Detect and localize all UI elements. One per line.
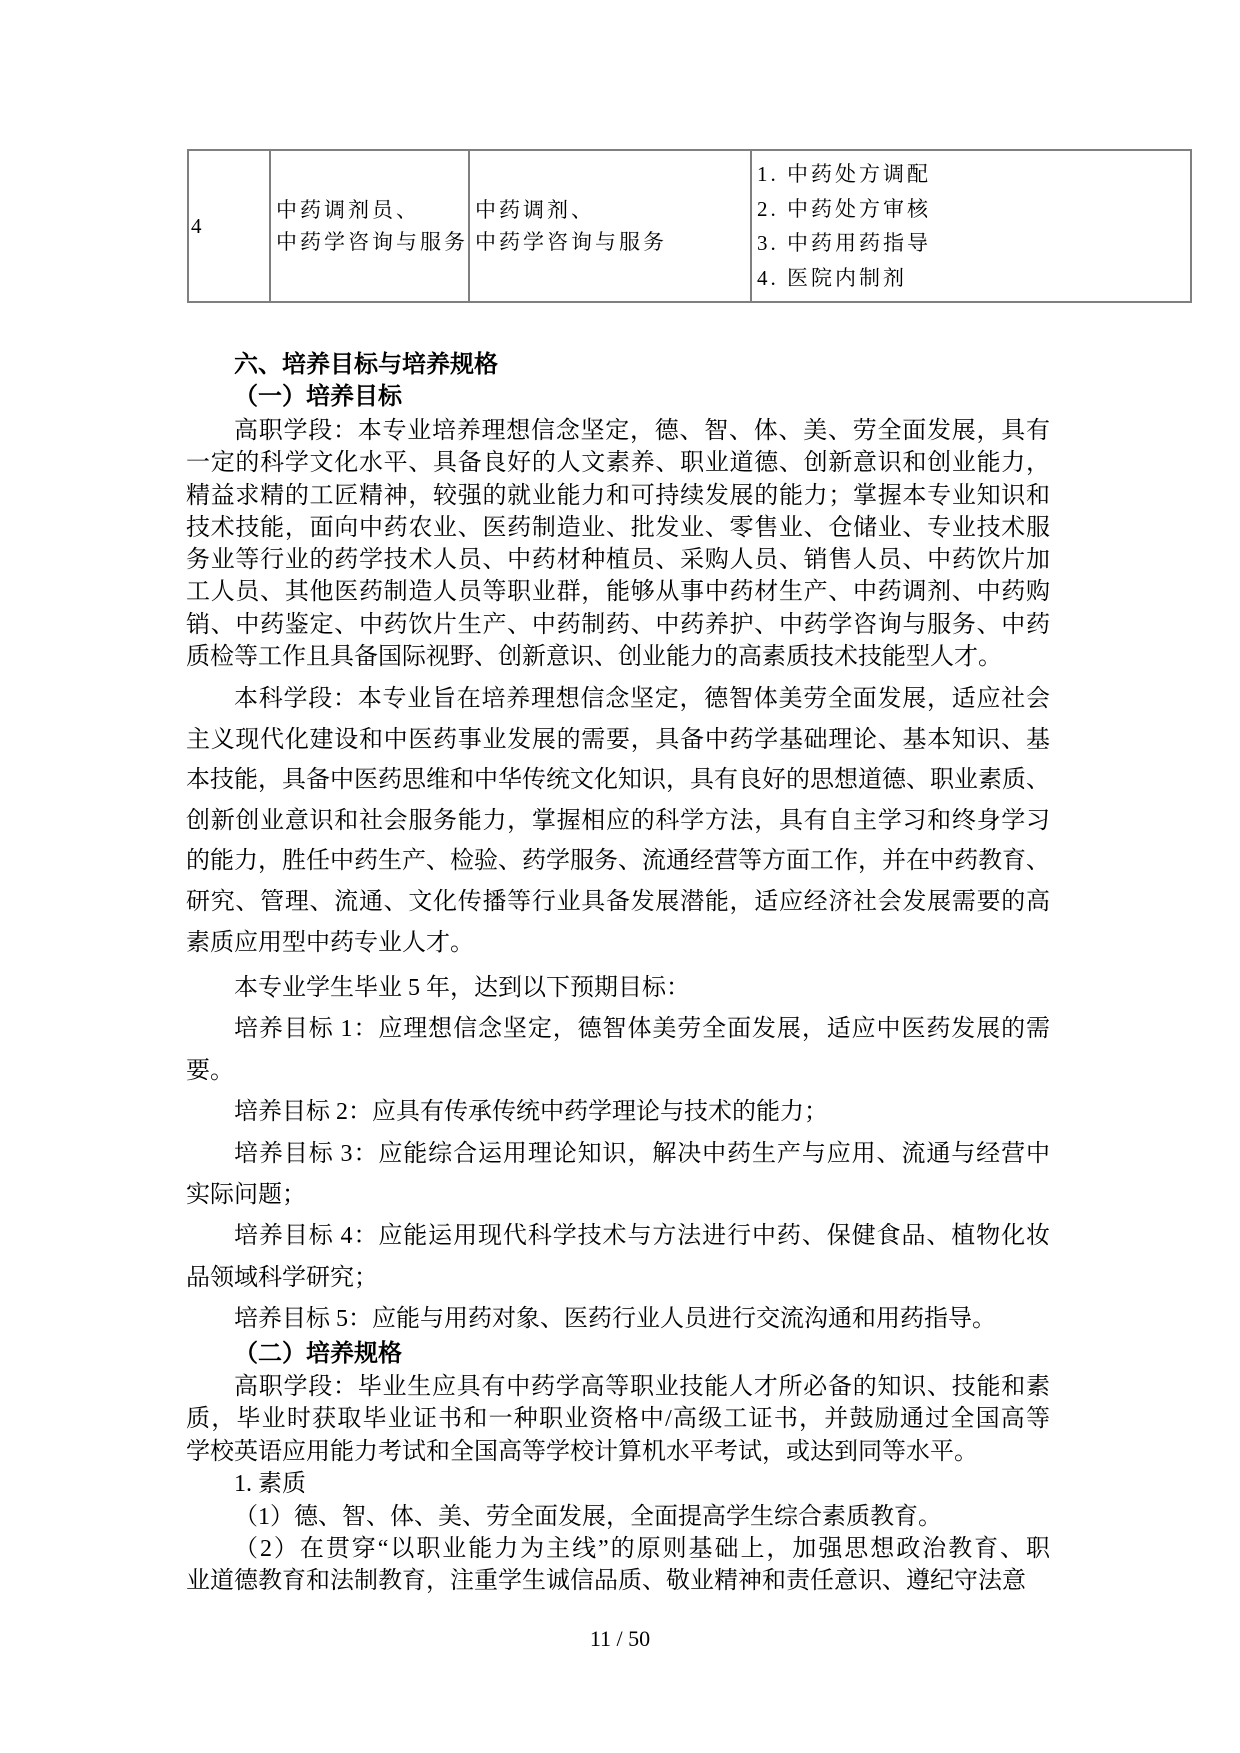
text-line: 培养目标 5：应能与用药对象、医药行业人员进行交流沟通和用药指导。 (186, 1299, 1050, 1340)
page-number: 11 / 50 (0, 1627, 1240, 1651)
text-line: 本技能，具备中医药思维和中华传统文化知识，具有良好的思想道德、职业素质、 (186, 760, 1050, 801)
text-line: 主义现代化建设和中医药事业发展的需要，具备中药学基础理论、基本知识、基 (186, 720, 1050, 761)
text-line: 培养目标 4：应能运用现代科学技术与方法进行中药、保健食品、植物化妆 (186, 1216, 1050, 1257)
spec-item-1: （1）德、智、体、美、劳全面发展，全面提高学生综合素质教育。 (186, 1501, 1050, 1533)
goal-paragraph-2: 培养目标 2：应具有传承传统中药学理论与技术的能力； (186, 1092, 1050, 1133)
text-line: 研究、管理、流通、文化传播等行业具备发展潜能，适应经济社会发展需要的高 (186, 882, 1050, 923)
text-line: 技术技能，面向中药农业、医药制造业、批发业、零售业、仓储业、专业技术服 (186, 512, 1050, 544)
spec-suzhi-title: 1. 素质 (186, 1468, 1050, 1500)
text-line: 培养目标 1：应理想信念坚定，德智体美劳全面发展，适应中医药发展的需 (186, 1009, 1050, 1050)
text-line: 培养目标 2：应具有传承传统中药学理论与技术的能力； (186, 1092, 1050, 1133)
heading-section-six: 六、培养目标与培养规格 (186, 349, 1098, 381)
heading-subsection-one: （一）培养目标 (186, 381, 1098, 413)
spec-block: 高职学段：毕业生应具有中药学高等职业技能人才所必备的知识、技能和素质，毕业时获取… (186, 1371, 1050, 1598)
text-line: 中药学咨询与服务 (475, 226, 750, 258)
text-line: 精益求精的工匠精神，较强的就业能力和可持续发展的能力；掌握本专业知识和 (186, 480, 1050, 512)
goal-paragraph-3: 培养目标 3：应能综合运用理论知识，解决中药生产与应用、流通与经营中实际问题； (186, 1134, 1050, 1217)
text-line: 高职学段：本专业培养理想信念坚定，德、智、体、美、劳全面发展，具有 (186, 415, 1050, 447)
text-line: 一定的科学文化水平、具备良好的人文素养、职业道德、创新意识和创业能力， (186, 447, 1050, 479)
text-line: 品领域科学研究； (186, 1258, 1050, 1299)
goal-paragraph-4: 培养目标 4：应能运用现代科学技术与方法进行中药、保健食品、植物化妆品领域科学研… (186, 1216, 1050, 1299)
text-line: 务业等行业的药学技术人员、中药材种植员、采购人员、销售人员、中药饮片加 (186, 544, 1050, 576)
text-line: 本专业学生毕业 5 年，达到以下预期目标： (186, 968, 1050, 1009)
heading-subsection-two: （二）培养规格 (186, 1338, 1098, 1370)
document-page: 4 中药调剂员、中药学咨询与服务 中药调剂、中药学咨询与服务 1. 中药处方调配… (0, 0, 1240, 1753)
text-line: 要。 (186, 1051, 1050, 1092)
text-line: 业道德教育和法制教育，注重学生诚信品质、敬业精神和责任意识、遵纪守法意 (186, 1565, 1050, 1597)
text-line: 高职学段：毕业生应具有中药学高等职业技能人才所必备的知识、技能和素 (186, 1371, 1050, 1403)
goals-block: 本专业学生毕业 5 年，达到以下预期目标： 培养目标 1：应理想信念坚定，德智体… (186, 968, 1050, 1341)
text-line: 中药学咨询与服务 (276, 226, 468, 258)
table-cell-job-tasks: 1. 中药处方调配2. 中药处方审核3. 中药用药指导4. 医院内制剂 (750, 151, 1190, 301)
text-line: 中药调剂、 (475, 194, 750, 226)
text-line: 4. 医院内制剂 (757, 261, 1190, 296)
table-index-value: 4 (191, 210, 269, 242)
text-line: 3. 中药用药指导 (757, 226, 1190, 261)
spec-gaozhi-paragraph: 高职学段：毕业生应具有中药学高等职业技能人才所必备的知识、技能和素质，毕业时获取… (186, 1371, 1050, 1468)
text-line: 2. 中药处方审核 (757, 192, 1190, 227)
table-cell-job-roles: 中药调剂员、中药学咨询与服务 (269, 151, 468, 301)
goal-paragraph-1: 培养目标 1：应理想信念坚定，德智体美劳全面发展，适应中医药发展的需要。 (186, 1009, 1050, 1092)
text-line: 创新创业意识和社会服务能力，掌握相应的科学方法，具有自主学习和终身学习 (186, 801, 1050, 842)
text-line: 培养目标 3：应能综合运用理论知识，解决中药生产与应用、流通与经营中 (186, 1134, 1050, 1175)
text-line: 实际问题； (186, 1175, 1050, 1216)
goal-paragraph-5: 培养目标 5：应能与用药对象、医药行业人员进行交流沟通和用药指导。 (186, 1299, 1050, 1340)
text-line: 1. 中药处方调配 (757, 157, 1190, 192)
table-cell-job-positions: 中药调剂、中药学咨询与服务 (468, 151, 750, 301)
text-line: 中药调剂员、 (276, 194, 468, 226)
text-line: （1）德、智、体、美、劳全面发展，全面提高学生综合素质教育。 (186, 1501, 1050, 1533)
text-line: 本科学段：本专业旨在培养理想信念坚定，德智体美劳全面发展，适应社会 (186, 679, 1050, 720)
spec-item-2: （2）在贯穿“以职业能力为主线”的原则基础上，加强思想政治教育、职业道德教育和法… (186, 1533, 1050, 1598)
text-line: 1. 素质 (186, 1468, 1050, 1500)
text-line: 质检等工作且具备国际视野、创新意识、创业能力的高素质技术技能型人才。 (186, 641, 1050, 673)
text-line: 学校英语应用能力考试和全国高等学校计算机水平考试，或达到同等水平。 (186, 1436, 1050, 1468)
qualification-table: 4 中药调剂员、中药学咨询与服务 中药调剂、中药学咨询与服务 1. 中药处方调配… (187, 149, 1192, 303)
text-line: 工人员、其他医药制造人员等职业群，能够从事中药材生产、中药调剂、中药购 (186, 576, 1050, 608)
text-line: （2）在贯穿“以职业能力为主线”的原则基础上，加强思想政治教育、职 (186, 1533, 1050, 1565)
para-gaozhi-goal: 高职学段：本专业培养理想信念坚定，德、智、体、美、劳全面发展，具有一定的科学文化… (186, 415, 1050, 673)
table-cell-index: 4 (189, 151, 269, 301)
goals-intro-paragraph: 本专业学生毕业 5 年，达到以下预期目标： (186, 968, 1050, 1009)
text-line: 的能力，胜任中药生产、检验、药学服务、流通经营等方面工作，并在中药教育、 (186, 841, 1050, 882)
text-line: 质，毕业时获取毕业证书和一种职业资格中/高级工证书，并鼓励通过全国高等 (186, 1403, 1050, 1435)
text-line: 销、中药鉴定、中药饮片生产、中药制药、中药养护、中药学咨询与服务、中药 (186, 609, 1050, 641)
text-line: 素质应用型中药专业人才。 (186, 923, 1050, 964)
para-benke-goal: 本科学段：本专业旨在培养理想信念坚定，德智体美劳全面发展，适应社会主义现代化建设… (186, 679, 1050, 963)
